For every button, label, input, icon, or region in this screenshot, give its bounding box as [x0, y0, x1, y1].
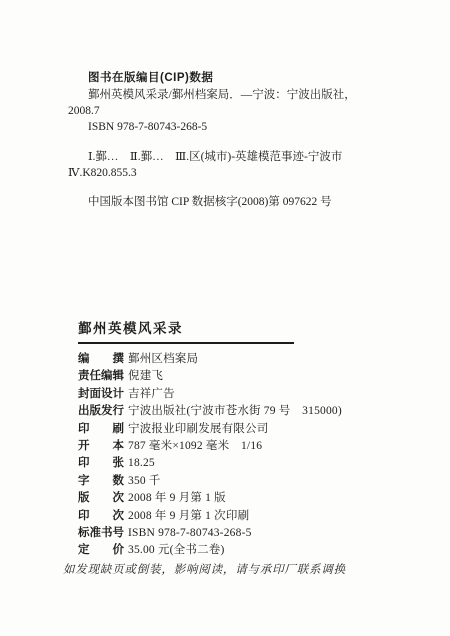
row-label: 责任编辑: [78, 368, 128, 385]
row-label: 印 张: [78, 455, 128, 472]
colophon-row-isbn: 标准书号ISBN 978-7-80743-268-5: [78, 525, 408, 542]
row-value: ISBN 978-7-80743-268-5: [128, 527, 252, 539]
row-value: 鄞州区档案局: [128, 353, 198, 365]
colophon-row-cover-design: 封面设计吉祥广告: [78, 386, 408, 403]
row-label: 标准书号: [78, 525, 128, 542]
cip-block: 图书在版编目(CIP)数据 鄞州英模风采录/鄞州档案局．—宁波：宁波出版社， 2…: [68, 70, 408, 210]
row-label: 开 本: [78, 438, 128, 455]
row-label: 封面设计: [78, 386, 128, 403]
colophon-rows: 编 撰鄞州区档案局 责任编辑倪建飞 封面设计吉祥广告 出版发行宁波出版社(宁波市…: [78, 351, 408, 560]
colophon-row-editor: 责任编辑倪建飞: [78, 368, 408, 385]
row-value: 18.25: [128, 457, 155, 469]
reprint-notice: 如发现缺页或倒装，影响阅读，请与承印厂联系调换: [63, 563, 408, 578]
row-value: 倪建飞: [128, 370, 163, 382]
row-label: 字 数: [78, 473, 128, 490]
row-label: 印 次: [78, 508, 128, 525]
cip-heading: 图书在版编目(CIP)数据: [68, 70, 408, 87]
title-rule-divider: [78, 342, 294, 344]
colophon-block: 鄞州英模风采录 编 撰鄞州区档案局 责任编辑倪建飞 封面设计吉祥广告 出版发行宁…: [78, 321, 408, 578]
colophon-row-compiler: 编 撰鄞州区档案局: [78, 351, 408, 368]
row-value: 宁波报业印刷发展有限公司: [128, 423, 268, 435]
cip-record-number: 中国版本图书馆 CIP 数据核字(2008)第 097622 号: [68, 194, 408, 210]
row-label: 印 刷: [78, 421, 128, 438]
row-value: 2008 年 9 月第 1 次印刷: [128, 510, 249, 522]
row-value: 吉祥广告: [128, 388, 175, 400]
cip-entry-line2: 2008.7: [68, 103, 408, 119]
row-label: 定 价: [78, 542, 128, 559]
book-title: 鄞州英模风采录: [78, 321, 408, 336]
cip-entry-line1: 鄞州英模风采录/鄞州档案局．—宁波：宁波出版社，: [68, 87, 408, 103]
colophon-row-edition: 版 次2008 年 9 月第 1 版: [78, 490, 408, 507]
row-label: 出版发行: [78, 403, 128, 420]
row-value: 787 毫米×1092 毫米 1/16: [128, 440, 262, 452]
row-value: 350 千: [128, 475, 161, 487]
colophon-row-format: 开 本787 毫米×1092 毫米 1/16: [78, 438, 408, 455]
row-value: 2008 年 9 月第 1 版: [128, 492, 226, 504]
colophon-row-printer: 印 刷宁波报业印刷发展有限公司: [78, 421, 408, 438]
colophon-row-publisher: 出版发行宁波出版社(宁波市苍水街 79 号 315000): [78, 403, 408, 420]
colophon-row-word-count: 字 数350 千: [78, 473, 408, 490]
row-value: 35.00 元(全书二卷): [128, 544, 225, 556]
copyright-page: 图书在版编目(CIP)数据 鄞州英模风采录/鄞州档案局．—宁波：宁波出版社， 2…: [0, 0, 450, 636]
row-value: 宁波出版社(宁波市苍水街 79 号 315000): [128, 405, 342, 417]
cip-isbn: ISBN 978-7-80743-268-5: [68, 119, 408, 135]
colophon-row-sheets: 印 张18.25: [78, 455, 408, 472]
colophon-row-impression: 印 次2008 年 9 月第 1 次印刷: [78, 508, 408, 525]
row-label: 编 撰: [78, 351, 128, 368]
colophon-row-price: 定 价35.00 元(全书二卷): [78, 542, 408, 559]
cip-classification-line2: Ⅳ.K820.855.3: [68, 165, 408, 181]
cip-classification-line1: Ⅰ.鄞… Ⅱ.鄞… Ⅲ.区(城市)-英雄模范事迹-宁波市: [68, 149, 408, 165]
row-label: 版 次: [78, 490, 128, 507]
